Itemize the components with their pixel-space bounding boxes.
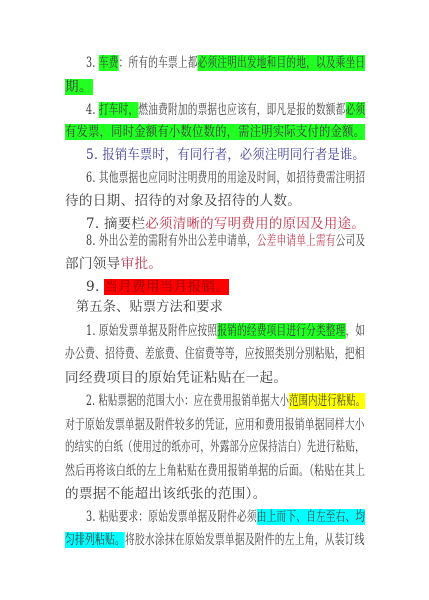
section-title: 第五条、贴票方法和要求 <box>76 299 223 315</box>
item-6-line-2: 待的日期、招待的对象及招待的人数。 <box>65 190 365 212</box>
text: 8. 外出公差的需附有外出公差申请单， <box>86 233 257 249</box>
text: 的结实的白纸（使用过的纸亦可，外露部分应保持洁白）先进行粘贴， <box>65 439 365 455</box>
text: ，如 <box>346 323 366 339</box>
highlight-green: 报销的经费项目进行分类整理 <box>217 323 345 339</box>
section-item-2-line-3: 的结实的白纸（使用过的纸亦可，外露部分应保持洁白）先进行粘贴， <box>65 436 274 458</box>
red-text: 审批。 <box>121 256 163 272</box>
item-number: 4. <box>86 102 99 118</box>
highlight-cyan: 匀排列粘贴。 <box>65 532 125 548</box>
text: 办公费、招待费、差旅费、住宿费等等，应按照类别分别粘贴，把相 <box>65 346 365 362</box>
item-8-line-2: 部门领导审批。 <box>65 253 365 275</box>
text: 部门领导 <box>65 256 121 272</box>
item-3-line-1: 3. 车费：所有的车票上都必须注明出发地和目的地，以及乘坐日 <box>86 52 284 74</box>
section-item-1-line-1: 1. 原始发票单据及附件应按照报销的经费项目进行分类整理，如 <box>86 320 284 342</box>
highlight-green: 必须 <box>346 102 366 118</box>
text: 3. 粘贴要求：原始发票单据及附件必须 <box>86 509 257 525</box>
item-6-line-1: 6. 其他票据也应同时注明费用的用途及时间，如招待费需注明招 <box>86 167 284 189</box>
section-item-3-line-2: 匀排列粘贴。将胶水涂抹在原始发票单据及附件的左上角，从装订线 <box>65 529 281 551</box>
highlight-green: 车费 <box>99 55 119 71</box>
section-item-1-line-2: 办公费、招待费、差旅费、住宿费等等，应按照类别分别粘贴，把相 <box>65 343 281 365</box>
highlight-green: 必须注明出发地和目的地，以及乘坐日 <box>198 55 366 71</box>
item-3-line-2: 期。 <box>65 76 365 98</box>
item-number: 9. <box>86 279 104 295</box>
item-5-line-1: 5. 报销车票时，有同行者，必须注明同行者是谁。 <box>86 144 337 166</box>
section-item-2-line-5: 的票据不能超出该纸张的范围）。 <box>65 483 365 505</box>
highlight-green: 有发票，同时金额有小数位数的，需注明实际支付的金额。 <box>65 124 365 140</box>
document-page: 3. 车费：所有的车票上都必须注明出发地和目的地，以及乘坐日 期。 4. 打车时… <box>0 0 429 600</box>
text: 1. 原始发票单据及附件应按照 <box>86 323 217 339</box>
section-item-1-line-3: 同经费项目的原始凭证粘贴在一起。 <box>65 367 365 389</box>
highlight-cyan: 由上而下、自左至右、均 <box>257 509 366 525</box>
red-text: 公差申请单上需有 <box>257 233 336 249</box>
highlight-red: 当月费用当月报销。 <box>104 279 229 295</box>
text: 的票据不能超出该纸张的范围）。 <box>65 486 267 502</box>
text: 同经费项目的原始凭证粘贴在一起。 <box>65 370 287 386</box>
text: 2. 粘贴票据的范围大小：应在费用报销单据大小 <box>86 393 289 409</box>
section-item-2-line-2: 对于原始发票单据及附件较多的凭证，应用和费用报销单据同样大小 <box>65 414 281 436</box>
text: 待的日期、招待的对象及招待的人数。 <box>65 193 301 209</box>
highlight-yellow: 范围内进行粘贴。 <box>289 393 365 409</box>
text: 对于原始发票单据及附件较多的凭证，应用和费用报销单据同样大小 <box>65 417 365 433</box>
highlight-green: 期。 <box>65 79 93 95</box>
item-9-line-1: 9. 当月费用当月报销。 <box>86 276 365 298</box>
text: 公司及 <box>336 233 366 249</box>
text: 然后再将该白纸的左上角粘贴在费用报销单据的后面。（粘贴在其上 <box>65 463 365 479</box>
section-item-2-line-1: 2. 粘贴票据的范围大小：应在费用报销单据大小范围内进行粘贴。 <box>86 390 277 412</box>
blue-text: 5. 报销车票时，有同行者，必须注明同行者是谁。 <box>86 147 365 163</box>
item-4-line-2: 有发票，同时金额有小数位数的，需注明实际支付的金额。 <box>65 121 314 143</box>
section-heading: 第五条、贴票方法和要求 <box>76 296 365 318</box>
section-item-3-line-1: 3. 粘贴要求：原始发票单据及附件必须由上而下、自左至右、均 <box>86 506 284 528</box>
item-number: 3. <box>86 55 99 71</box>
text: ：所有的车票上都 <box>119 55 198 71</box>
item-8-line-1: 8. 外出公差的需附有外出公差申请单，公差申请单上需有公司及 <box>86 230 284 252</box>
highlight-green: 打车时， <box>99 102 138 118</box>
section-item-2-line-4: 然后再将该白纸的左上角粘贴在费用报销单据的后面。（粘贴在其上 <box>65 460 285 482</box>
text: 6. 其他票据也应同时注明费用的用途及时间，如招待费需注明招 <box>86 170 365 186</box>
text: 将胶水涂抹在原始发票单据及附件的左上角，从装订线 <box>125 532 365 548</box>
item-4-line-1: 4. 打车时，燃油费附加的票据也应该有，即凡是报的数额都必须 <box>86 99 284 121</box>
text: 燃油费附加的票据也应该有，即凡是报的数额都 <box>138 102 345 118</box>
